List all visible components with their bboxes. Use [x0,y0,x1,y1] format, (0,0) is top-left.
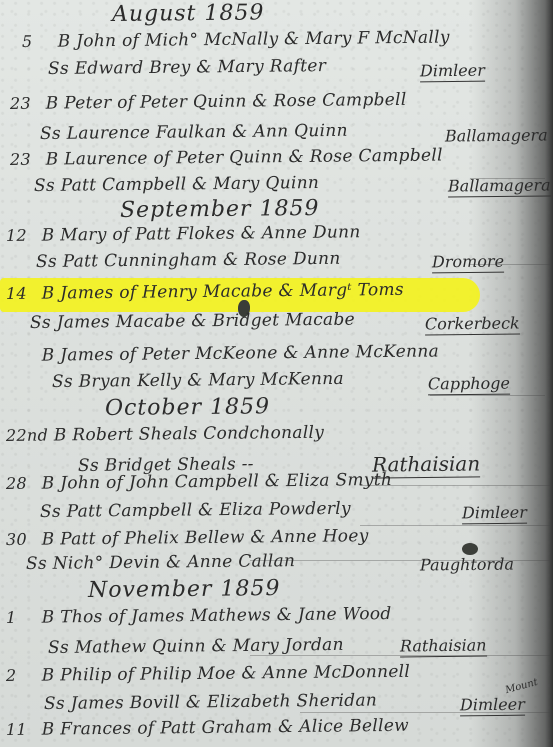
entry-place: Dromore [432,252,504,274]
entry-baptism: B Frances of Patt Graham & Alice Bellew [42,716,409,740]
register-entry-baptism-highlighted: 14 B James of Henry Macabe & Margᵗ Toms [6,280,404,304]
entry-day: 11 [6,720,36,739]
entry-sponsors: Ss Patt Campbell & Eliza Powderly [40,499,351,522]
register-entry-baptism: 30 B Patt of Phelix Bellew & Anne Hoey [6,526,369,550]
entry-baptism: B Thos of James Mathews & Jane Wood [42,604,392,628]
entry-day: 5 [22,32,52,51]
entry-place: Ballamagera [448,175,551,197]
entry-place: Dimleer [460,695,525,717]
entry-baptism: B Peter of Peter Quinn & Rose Campbell [46,90,407,114]
entry-place: Paughtorda [420,555,514,576]
register-entry-baptism: 2 B Philip of Philip Moe & Anne McDonnel… [6,662,410,686]
entry-day: 14 [6,284,36,303]
entry-place: Dimleer [462,503,527,525]
entry-baptism: B Mary of Patt Flokes & Anne Dunn [42,222,361,245]
entry-baptism: B James of Peter McKeone & Anne McKenna [42,341,439,365]
register-entry-baptism: 28 B John of John Campbell & Eliza Smyth [6,470,392,494]
register-entry-baptism: 23 B Peter of Peter Quinn & Rose Campbel… [10,90,407,114]
register-entry-baptism: B James of Peter McKeone & Anne McKenna [6,341,439,366]
entry-day: 12 [6,226,36,245]
register-entry-baptism: 22nd B Robert Sheals Condchonally [6,423,324,446]
entry-sponsors: Ss Mathew Quinn & Mary Jordan [48,635,344,658]
entry-sponsors: Ss Patt Campbell & Mary Quinn [34,173,319,196]
register-entry-baptism: 5 B John of Mich° McNally & Mary F McNal… [22,28,450,52]
register-entry-sponsors: Ss Patt Campbell & Mary Quinn [34,173,319,196]
entry-place: Dimleer [420,61,485,83]
entry-baptism: B John of Mich° McNally & Mary F McNally [58,28,450,52]
entry-baptism: B Robert Sheals Condchonally [54,423,325,446]
register-entry-baptism: 11 B Frances of Patt Graham & Alice Bell… [6,716,409,740]
register-page: August 1859 5 B John of Mich° McNally & … [0,0,553,747]
month-heading: September 1859 [120,196,320,223]
ink-blot [462,543,478,555]
register-entry-baptism: 1 B Thos of James Mathews & Jane Wood [6,604,392,628]
entry-sponsors: Ss James Macabe & Bridget Macabe [30,310,355,333]
entry-sponsors: Ss Patt Cunningham & Rose Dunn [36,249,341,272]
entry-baptism: B Laurence of Peter Quinn & Rose Campbel… [46,145,443,169]
entry-place: Ballamagera [445,125,548,146]
register-entry-baptism: 23 B Laurence of Peter Quinn & Rose Camp… [10,145,443,170]
entry-baptism: B John of John Campbell & Eliza Smyth [42,470,393,494]
rule-line [360,525,550,526]
register-entry-sponsors: Ss Laurence Faulkan & Ann Quinn [40,121,348,144]
month-heading: August 1859 [112,0,265,27]
register-entry-sponsors: Ss Bryan Kelly & Mary McKenna [52,369,344,392]
register-entry-sponsors: Ss James Bovill & Elizabeth Sheridan [44,691,377,714]
register-entry-sponsors: Ss Patt Cunningham & Rose Dunn [36,249,341,272]
entry-sponsors: Ss Bryan Kelly & Mary McKenna [52,369,344,392]
register-entry-sponsors: Ss Mathew Quinn & Mary Jordan [48,635,344,658]
entry-baptism: B Philip of Philip Moe & Anne McDonnell [42,662,411,686]
register-entry-sponsors: Ss Edward Brey & Mary Rafter [48,56,326,79]
entry-sponsors: Ss Laurence Faulkan & Ann Quinn [40,121,348,144]
entry-day: 22nd [6,426,48,445]
entry-baptism: B James of Henry Macabe & Margᵗ Toms [42,280,404,304]
entry-place: Capphoge [428,374,510,396]
entry-day: 28 [6,474,36,493]
entry-baptism: B Patt of Phelix Bellew & Anne Hoey [42,526,369,549]
entry-place: Corkerbeck [425,314,520,336]
entry-sponsors: Ss Nich° Devin & Anne Callan [26,551,295,574]
entry-day: 2 [6,666,36,685]
register-entry-sponsors: Ss James Macabe & Bridget Macabe [30,310,355,333]
register-entry-baptism: 12 B Mary of Patt Flokes & Anne Dunn [6,222,361,246]
margin-note: Mount [504,677,539,696]
register-entry-sponsors: Ss Patt Campbell & Eliza Powderly [40,499,351,522]
entry-place: Rathaisian [400,636,487,658]
entry-day: 30 [6,530,36,549]
entry-day: 23 [10,150,40,169]
entry-sponsors: Ss Edward Brey & Mary Rafter [48,56,326,79]
register-entry-sponsors: Ss Nich° Devin & Anne Callan [26,551,295,574]
entry-day: 1 [6,608,36,627]
month-heading: November 1859 [88,576,281,603]
entry-day: 23 [10,94,40,113]
month-heading: October 1859 [105,394,270,421]
entry-sponsors: Ss James Bovill & Elizabeth Sheridan [44,691,377,714]
